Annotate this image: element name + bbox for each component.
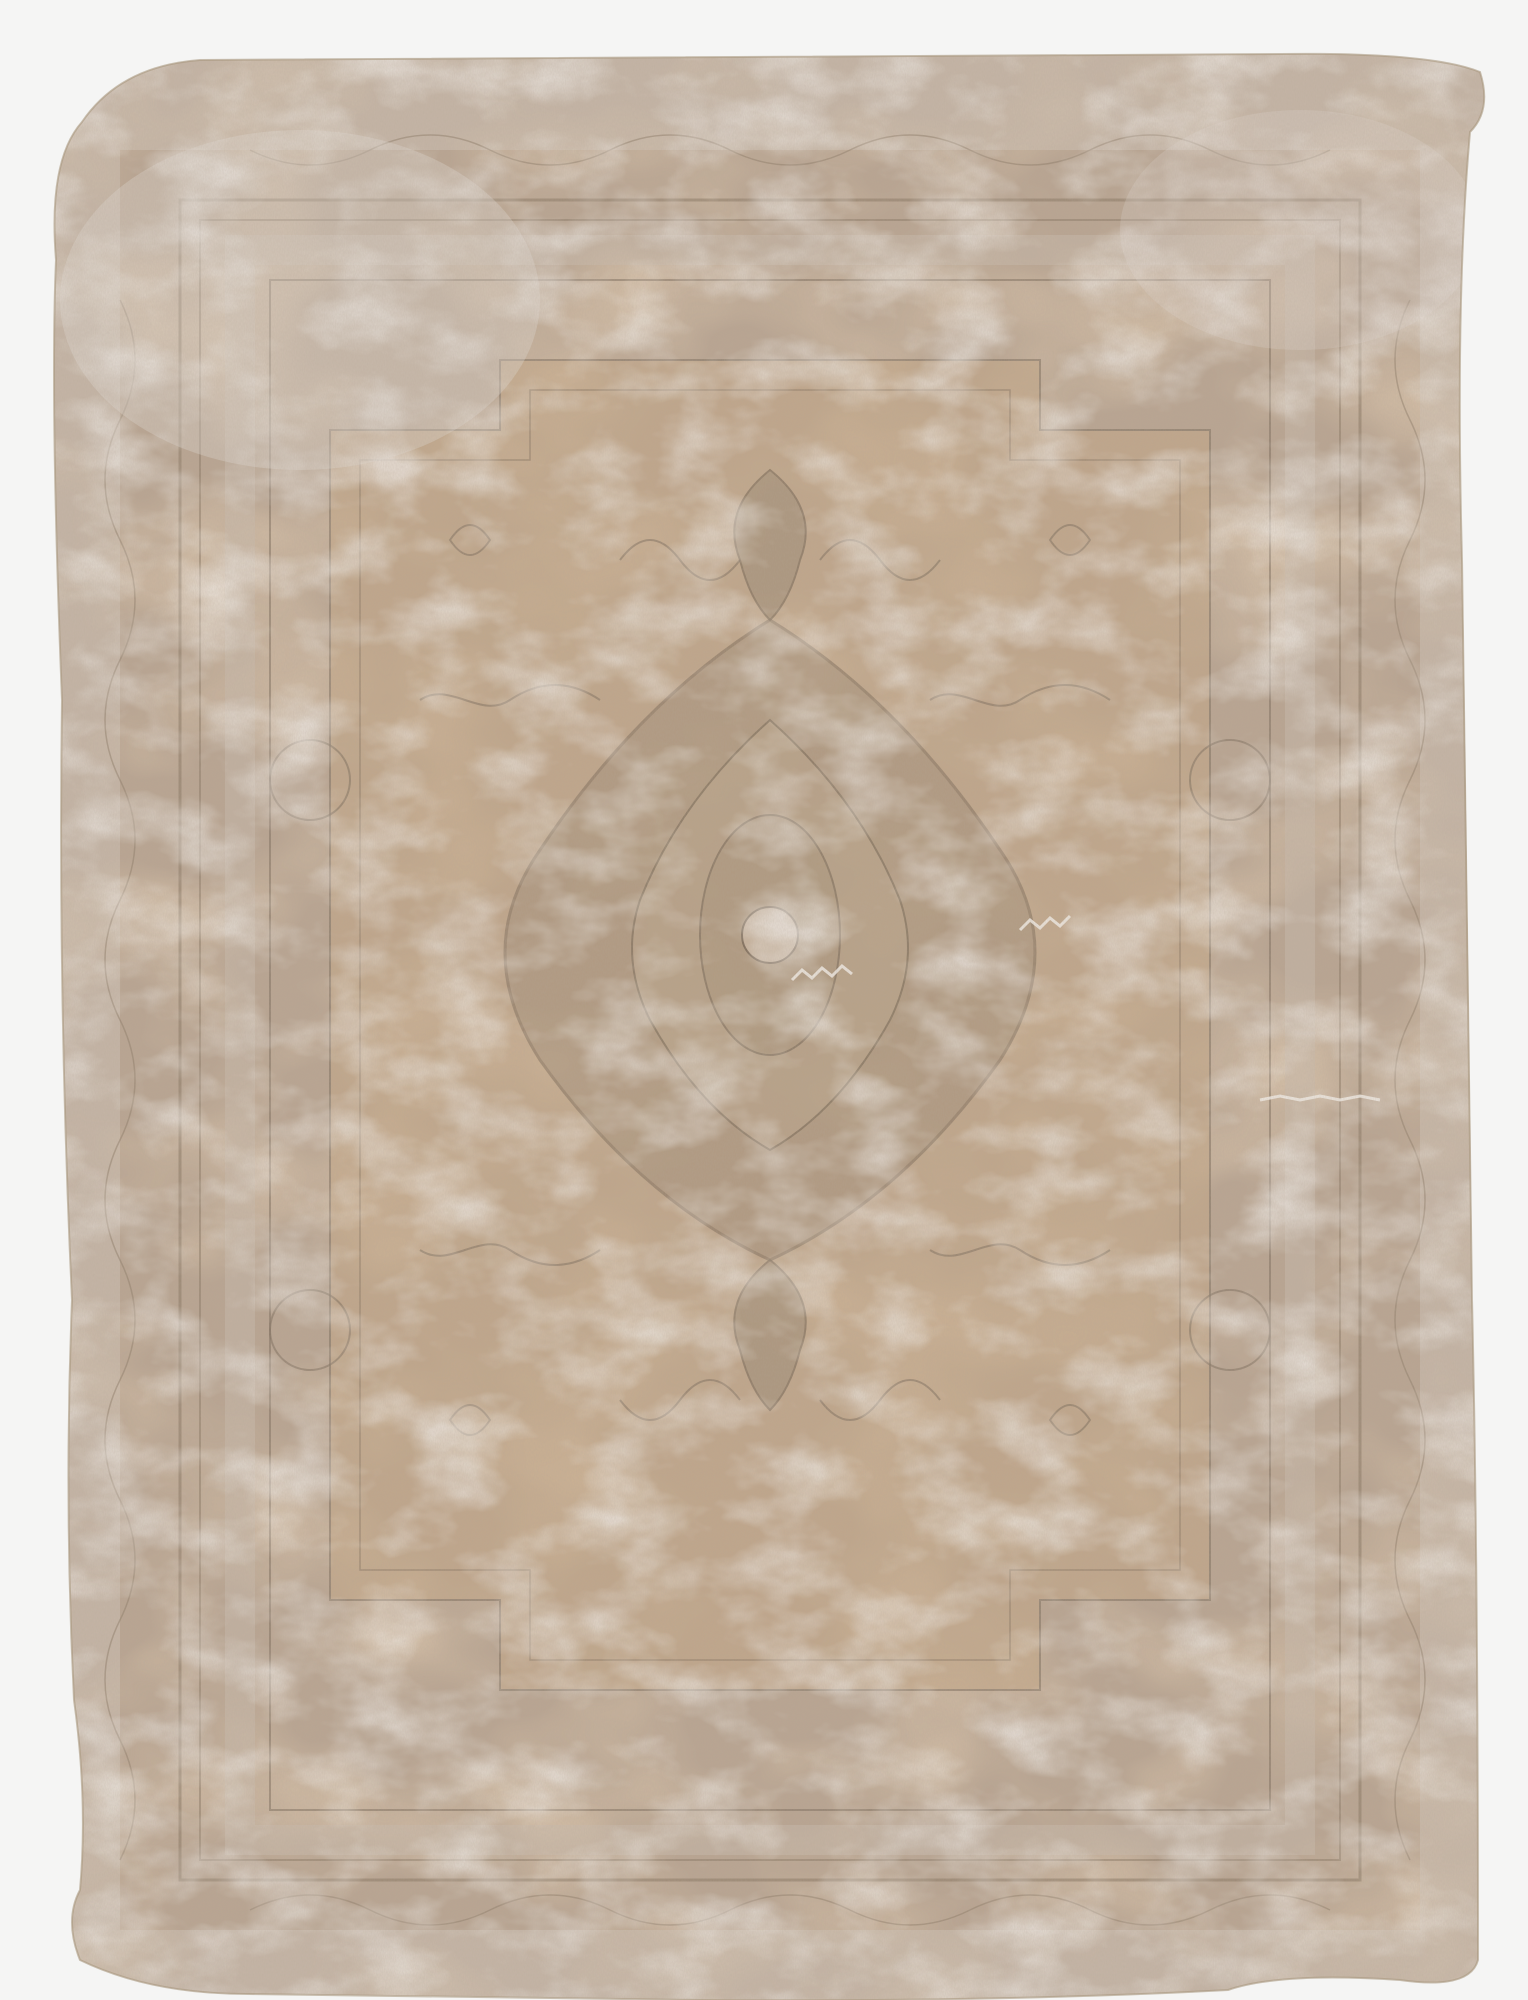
- rug-photo-scene: [0, 0, 1528, 2000]
- rug-illustration: [0, 0, 1528, 2000]
- rug-body: [0, 0, 1528, 2000]
